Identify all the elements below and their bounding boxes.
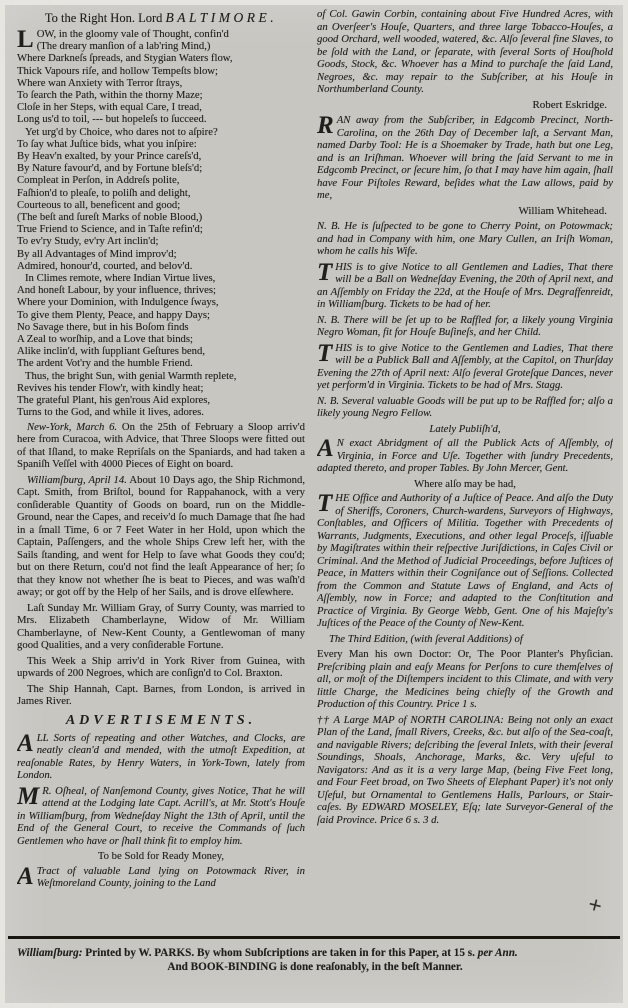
news-item-marriage: Laſt Sunday Mr. William Gray, of Surry C… [17,602,305,652]
imprint-place: Williamſburg: [17,947,82,959]
ball-nota-bene: N. B. There will be ſet up to be Raffled… [317,314,613,339]
ad-body: HE Office and Authority of a Juſtice of … [317,492,613,629]
notice-body: HIS is to give Notice to the Gentlemen a… [317,342,613,392]
poem-line: Admired, honour'd, courted, and belov'd. [17,260,305,272]
title-prefix: To the Right Hon. Lord [45,11,166,25]
poem-line: To ſearch the Path, within the thorny Ma… [17,89,305,101]
poem-to-lord-baltimore: L OW, in the gloomy vale of Thought, con… [17,28,305,419]
page-title: To the Right Hon. Lord BALTIMORE. [17,10,305,26]
notice-body: HIS is to give Notice to all Gentlemen a… [317,261,613,311]
poem-line: (The beſt and ſureſt Marks of noble Bloo… [17,211,305,223]
news-item-new-york: New-York, March 6. On the 25th of Februa… [17,421,305,471]
runaway-nota-bene: N. B. He is ſuſpected to be gone to Cher… [317,220,613,258]
title-name: BALTIMORE. [166,10,278,25]
notice-drop-cap: T [317,261,335,283]
news-item-williamsburg: Williamſburg, April 14. About 10 Days ag… [17,474,305,599]
poem-line: Yet urg'd by Choice, who dares not to aſ… [17,126,305,138]
poem-line: By Heav'n exalted, by your Prince careſs… [17,150,305,162]
ad-every-man-doctor: Every Man his own Doctor: Or, The Poor P… [317,648,613,711]
notice-ball-degraffenreidt: THIS is to give Notice to all Gentlemen … [317,261,613,311]
imprint-main: Printed by W. PARKS. By whom Subſcriptio… [82,947,477,959]
poem-line: Courteous to all, beneficent and good; [17,199,305,211]
where-also-heading: Where alſo may be had, [317,478,613,491]
poem-line: Turns to the God, and while it lives, ad… [17,406,305,418]
poem-line: Where your Dominion, with Indulgence ſwa… [17,296,305,308]
news-dateline: New-York, March 6. [27,421,117,433]
poem-line: OW, in the gloomy vale of Thought, confi… [17,28,305,40]
ad-drop-cap: A [17,865,37,887]
left-column: To the Right Hon. Lord BALTIMORE. L OW, … [17,10,305,893]
ad-drop-cap: T [317,492,335,514]
ad-osheal: MR. Oſheal, of Nanſemond County, gives N… [17,785,305,848]
poem-line: Thick Vapours riſe, and hollow Tempeſts … [17,65,305,77]
ad-runaway-servant: RAN away from the Subſcriber, in Edgcomb… [317,114,613,202]
ad-body: R. Oſheal, of Nanſemond County, gives No… [17,785,305,847]
footer-rule [8,936,620,939]
footer-imprint: Williamſburg: Printed by W. PARKS. By wh… [17,946,613,974]
poem-line: Where wan Anxiety with Terror ſtrays, [17,77,305,89]
news-item-ship-hannah: The Ship Hannah, Capt. Barnes, from Lond… [17,683,305,708]
news-body: About 10 Days ago, the Ship Richmond, Ca… [17,474,305,599]
news-body: Laſt Sunday Mr. William Gray, of Surry C… [17,602,305,652]
newspaper-page: To the Right Hon. Lord BALTIMORE. L OW, … [0,0,628,1008]
ad-land-tract: ATract of valuable Land lying on Potowma… [17,865,305,890]
poem-line: To give them Plenty, Peace, and happy Da… [17,309,305,321]
ad-body: N exact Abridgment of all the Publick Ac… [317,437,613,474]
poem-line: A Zeal to worſhip, and a Love that binds… [17,333,305,345]
poem-line: By Nature favour'd, and by Fortune bleſs… [17,162,305,174]
imprint-per-ann: per Ann. [478,947,518,959]
poem-line: To ſay what Juſtice bids, what you inſpi… [17,138,305,150]
imprint-line2: And BOOK-BINDING is done reaſonably, in … [17,960,613,974]
poem-line: To ev'ry Study, ev'ry Art inclin'd; [17,235,305,247]
handwritten-cross-mark: + [585,892,605,922]
poem-line: The grateful Plant, his gen'rous Aid exp… [17,394,305,406]
poem-line: (The dreary manſion of a lab'ring Mind,) [17,40,305,52]
poem-line: Revives his tender Flow'r, with kindly h… [17,382,305,394]
news-body: The Ship Hannah, Capt. Barnes, from Lond… [17,683,305,708]
poem-line: Long us'd to toil, --- but hopeleſs to ſ… [17,113,305,125]
notice-drop-cap: T [317,342,335,364]
poem-line: In Climes remote, where Indian Virtue li… [17,272,305,284]
doctor-title: Every Man his own Doctor: Or, The Poor P… [317,648,613,660]
poem-line: Faſhion'd to pleaſe, to poliſh and delig… [17,187,305,199]
ad-body: AN away from the Subſcriber, in Edgcomb … [317,114,613,201]
ad-map-north-carolina: †† A Large MAP of NORTH CAROLINA: Being … [317,714,613,827]
doctor-description: Preſcribing plain and eaſy Means for Per… [317,661,613,711]
poem-line: Compleat in Perſon, in Addreſs polite, [17,174,305,186]
ad-watches: ALL Sorts of repeating and other Watches… [17,732,305,782]
poem-line: And honeſt Labour, by your influence, th… [17,284,305,296]
ready-money-heading: To be Sold for Ready Money, [17,850,305,863]
news-body: This Week a Ship arriv'd in York River f… [17,655,305,680]
ad-drop-cap: A [17,732,37,754]
signature-william-whitehead: William Whitehead. [317,205,607,218]
poem-line: Where Darkneſs ſpreads, and Stygian Wate… [17,52,305,64]
ad-body: LL Sorts of repeating and other Watches,… [17,732,305,782]
ad-body: Tract of valuable Land lying on Potowmac… [37,865,305,890]
ad-acts-abridgment: AN exact Abridgment of all the Publick A… [317,437,613,475]
signature-robert-eskridge: Robert Eskridge. [317,99,607,112]
poem-line: Thus, the bright Sun, with genial Warmth… [17,370,305,382]
ad-drop-cap: A [317,437,337,459]
poem-drop-cap: L [17,28,37,50]
poem-line: The ardent Vot'ry and the humble Friend. [17,357,305,369]
notice-assembly-capitol: THIS is to give Notice to the Gentlemen … [317,342,613,392]
right-column: of Col. Gawin Corbin, containing about F… [317,8,613,829]
ad-body: A Large MAP of NORTH CAROLINA: Being not… [317,714,613,826]
poem-line: Cloſe in her Steps, with equal Care, I t… [17,101,305,113]
ad-land-continued: of Col. Gawin Corbin, containing about F… [317,8,613,96]
ad-drop-cap: R [317,114,337,136]
poem-line: Alike inclin'd, with ſuppliant Geſtures … [17,345,305,357]
poem-line: True Friend to Science, and in Taſte ref… [17,223,305,235]
advertisements-heading: ADVERTISEMENTS. [17,713,305,729]
third-edition-line: The Third Edition, (with ſeveral Additio… [317,633,613,646]
poem-line: No Savage there, but in his Boſom finds [17,321,305,333]
assembly-nota-bene: N. B. Several valuable Goods will be put… [317,395,613,420]
poem-line: By all Advantages of Mind improv'd; [17,248,305,260]
ad-justice-of-peace-book: THE Office and Authority of a Juſtice of… [317,492,613,630]
dagger-marks: †† [317,714,330,726]
ad-drop-cap: M [17,785,42,807]
lately-published-heading: Lately Publiſh'd, [317,423,613,436]
news-dateline: Williamſburg, April 14. [27,474,127,486]
imprint-line1: Williamſburg: Printed by W. PARKS. By wh… [17,946,613,960]
news-item-york-river: This Week a Ship arriv'd in York River f… [17,655,305,680]
